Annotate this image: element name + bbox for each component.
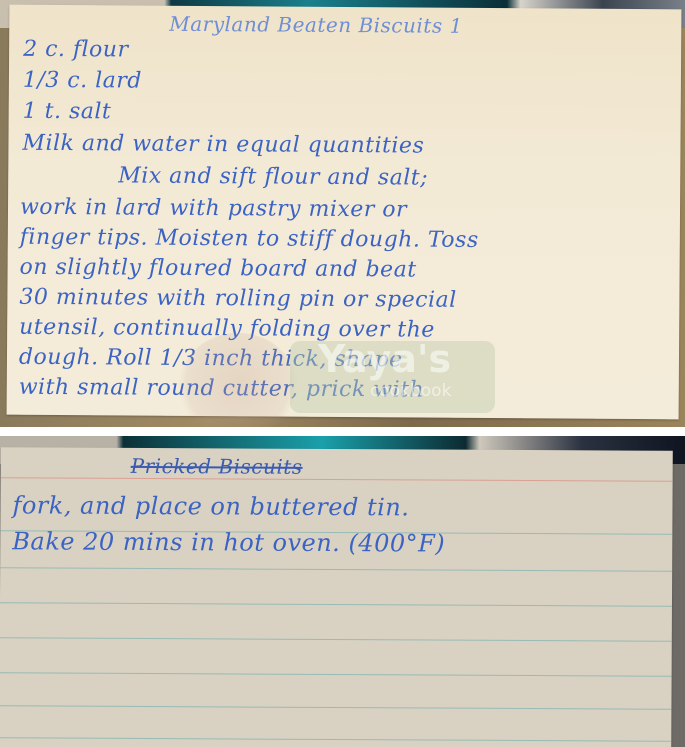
ruled-line [0, 637, 672, 642]
ruled-line [0, 602, 672, 607]
watermark-subtitle: cookbook [370, 381, 451, 401]
instruction-line: work in lard with pastry mixer or [20, 195, 407, 223]
ingredient-line: 1/3 c. lard [23, 68, 142, 94]
ruled-line [0, 567, 672, 572]
crossed-out-heading: Pricked Biscuits [131, 454, 303, 479]
instruction-line: Mix and sift flour and salt; [118, 163, 428, 190]
ruled-line [0, 672, 672, 677]
instruction-line: on slightly floured board and beat [20, 255, 417, 283]
watermark: Yaya's cookbook [178, 333, 508, 413]
recipe-card-back: Pricked Biscuits fork, and place on butt… [0, 447, 673, 747]
watermark-avatar [178, 333, 298, 427]
ingredient-line: 2 c. flour [23, 37, 129, 63]
instruction-line: Bake 20 mins in hot oven. (400°F) [12, 527, 445, 557]
ruled-line [0, 705, 671, 710]
recipe-card-photo-2: Pricked Biscuits fork, and place on butt… [0, 436, 685, 747]
ingredient-line: 1 t. salt [23, 99, 112, 125]
watermark-title: Yaya's [318, 337, 451, 381]
instruction-line: fork, and place on buttered tin. [12, 491, 409, 521]
ruled-line [0, 737, 671, 742]
instruction-line: finger tips. Moisten to stiff dough. Tos… [20, 225, 479, 253]
recipe-card-photo-1: Maryland Beaten Biscuits 1 2 c. flour 1/… [0, 0, 685, 427]
recipe-title: Maryland Beaten Biscuits 1 [169, 12, 463, 38]
instruction-line: 30 minutes with rolling pin or special [19, 285, 456, 313]
ingredient-line: Milk and water in equal quantities [22, 131, 424, 159]
margin-line [1, 477, 673, 482]
